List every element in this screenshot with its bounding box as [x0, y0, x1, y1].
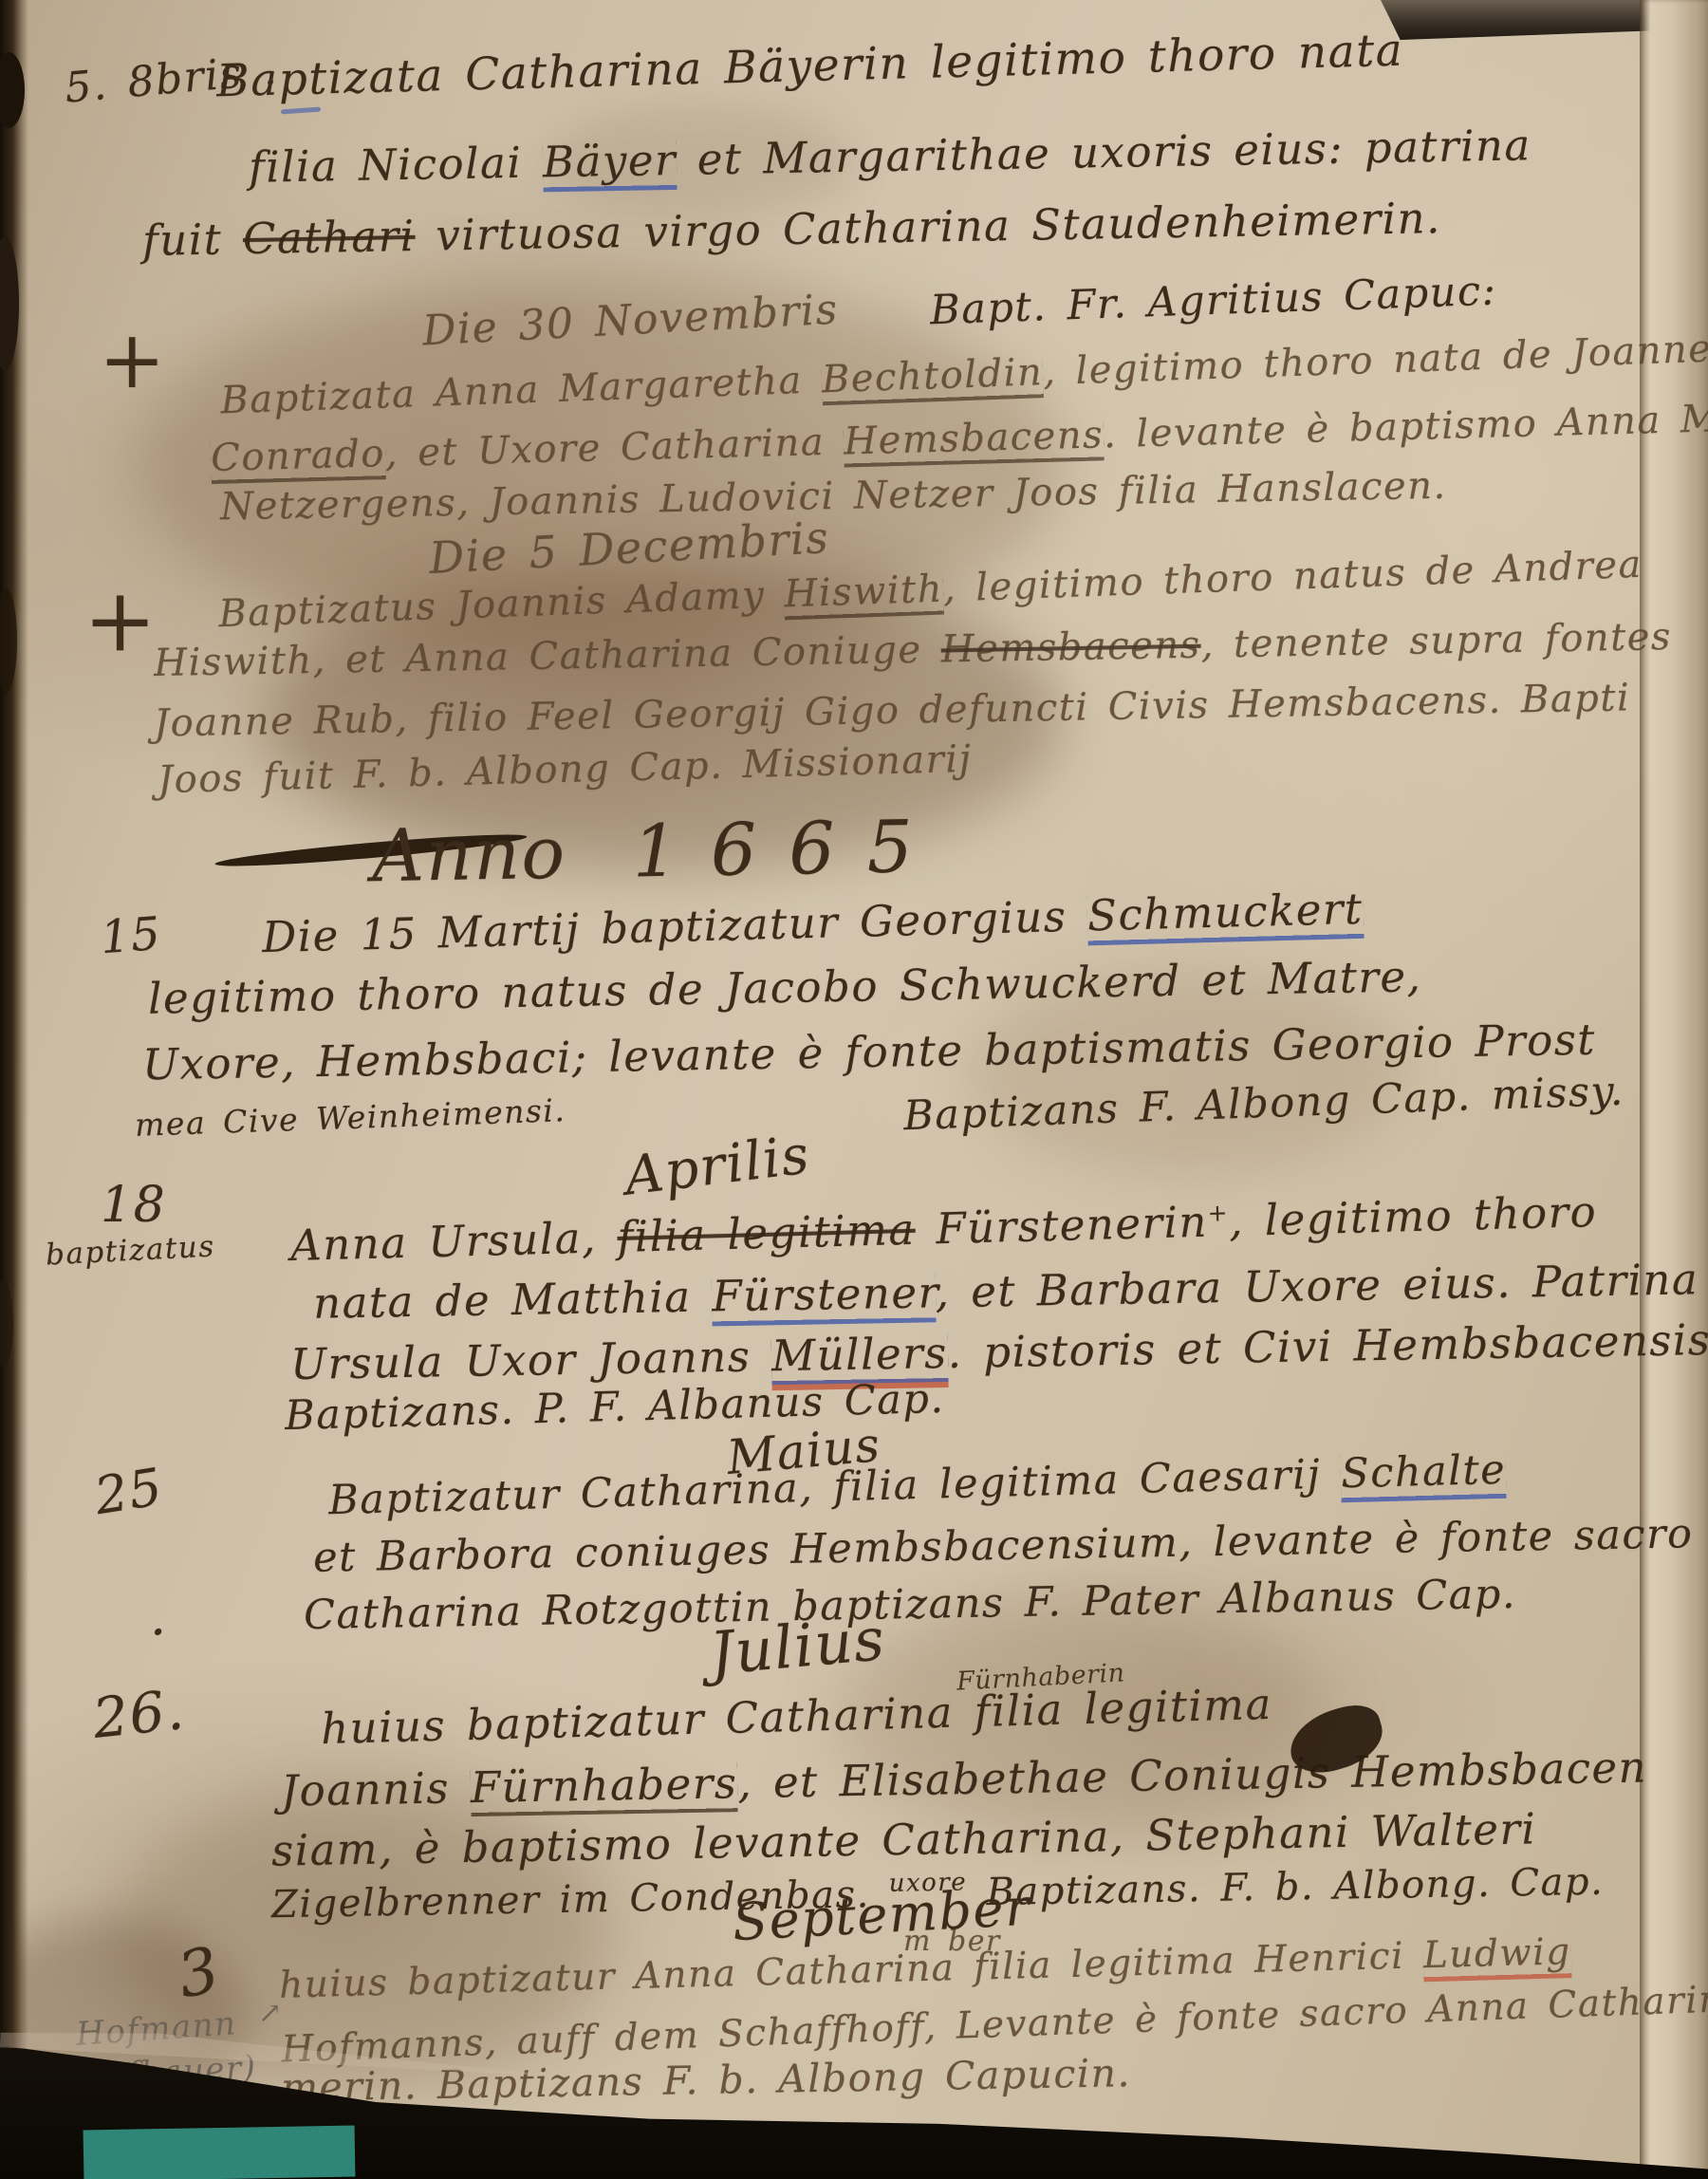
may-line1: Baptizatur Catharina, filia legitima Cae…	[328, 1446, 1507, 1524]
apr-line2-pre: nata de Matthia	[313, 1271, 713, 1328]
mar-line4-right: Baptizans F. Albong Cap. missy.	[902, 1068, 1624, 1140]
jul-line2-post: , et Elisabethae Coniugis Hembsbacen	[737, 1741, 1648, 1808]
margin-day-26: 26.	[90, 1677, 188, 1751]
nov-line2-end: . levante è baptismo Anna Maria	[1103, 395, 1708, 456]
oct-line2-name-underlined: Bäyer	[543, 135, 678, 187]
apr-line1-post: , legitimo thoro	[1228, 1186, 1597, 1246]
blue-tick-mark	[281, 107, 321, 115]
mar-line1-pre: Die 15 Martij baptizatur Georgius	[262, 890, 1088, 962]
month-heading-april: Aprilis	[622, 1124, 813, 1207]
anno-year: 1665	[632, 804, 946, 894]
mar-line4-left: mea Cive Weinheimensi.	[134, 1091, 566, 1144]
margin-day-18: 18	[101, 1177, 166, 1234]
oct-line2: filia Nicolai Bäyer et Margarithae uxori…	[249, 120, 1532, 193]
anno-word: Anno	[371, 810, 566, 899]
oct-line3-post: virtuosa virgo Catharina Staudenheimerin…	[415, 193, 1441, 261]
apr-line1-gap	[915, 1203, 937, 1255]
mar-line2: legitimo thoro natus de Jacobo Schwucker…	[148, 951, 1422, 1023]
apr-line1-pre: Anna Ursula,	[290, 1212, 619, 1271]
oct-line3-struck: Cathari	[243, 211, 416, 264]
may-line3: Catharina Rotzgottin baptizans F. Pater …	[304, 1571, 1517, 1639]
margin-note-baptizatus: baptizatus	[45, 1229, 215, 1272]
apr-line2: nata de Matthia Fürstener, et Barbara Ux…	[313, 1254, 1699, 1328]
oct-line3-pre: fuit	[142, 214, 244, 266]
dec-line2-pre: Hiswith, et Anna Catharina Coniuge	[154, 627, 941, 684]
nov-line1-post: , legitimo thoro nata de Joanne	[1042, 327, 1708, 395]
oct-baptizans: Bapt. Fr. Agritius Capuc:	[929, 268, 1497, 335]
anno-heading: Anno1665	[371, 804, 945, 899]
apr-line3-name-underlined: Müllers	[771, 1328, 948, 1381]
apr-line1: Anna Ursula, filia legitima Fürstenerin+…	[290, 1186, 1598, 1271]
nov-line1-name-underlined: Bechtoldin	[821, 350, 1044, 401]
apr-line1-name: Fürstenerin	[936, 1197, 1209, 1254]
oct-line2-pre: filia Nicolai	[249, 137, 544, 192]
margin-dot-25: .	[150, 1587, 168, 1647]
jul-line1-pre: huius baptizatur Catharina	[320, 1686, 975, 1754]
month-heading-july: Julius	[707, 1604, 888, 1688]
apr-line3: Ursula Uxor Joanns Müllers. pistoris et …	[290, 1314, 1708, 1389]
dec-line1-name-underlined: Hiswith	[784, 568, 944, 617]
oct-line2-post: et Margarithae uxoris eius: patrina	[676, 120, 1532, 185]
apr-line2-name-underlined: Fürstener	[712, 1267, 936, 1321]
cross-december-icon: +	[84, 569, 158, 671]
nov-line2-mid: , et Uxore Catharina	[384, 419, 845, 475]
margin-day-25: 25	[91, 1457, 168, 1526]
oct-line1: Baptizata Catharina Bäyerin legitimo tho…	[215, 25, 1403, 108]
jul-line1-post: filia legitima	[974, 1679, 1272, 1737]
margin-day-15: 15	[99, 907, 163, 964]
apr-line1-cross-mark: +	[1207, 1199, 1229, 1227]
nov-date-heading: Die 30 Novembris	[421, 286, 840, 356]
nov-line2-name-underlined: Conrado	[211, 432, 386, 480]
dec-line2-struck: Hemsbacens	[940, 624, 1201, 672]
apr-line2-post: , et Barbara Uxore eius. Patrina	[935, 1254, 1699, 1317]
mar-line1-name-underlined: Schmuckert	[1086, 884, 1364, 941]
dec-line1-post: , legitimo thoro natus de Andrea	[942, 543, 1643, 611]
margin-day-3: 3	[171, 1932, 227, 2012]
cross-november-icon: +	[99, 313, 167, 406]
dec-line3: Joanne Rub, filio Feel Georgij Gigo defu…	[154, 676, 1631, 745]
nov-line1-pre: Baptizata Anna Margaretha	[220, 358, 823, 422]
apr-line1-struck: filia legitima	[617, 1204, 916, 1262]
dec-line4: Joos fuit F. b. Albong Cap. Missionarij	[158, 737, 974, 802]
jul-line2-name-underlined: Fürnhabers	[470, 1758, 737, 1813]
oct-line3: fuit Cathari virtuosa virgo Catharina St…	[142, 193, 1442, 266]
dec-line2-post: , tenente supra fontes	[1200, 615, 1672, 667]
apr-line3-post: . pistoris et Civi Hembsbacensis	[947, 1314, 1708, 1378]
corner-teal-patch	[84, 2126, 356, 2179]
nov-line2-name2-underlined: Hemsbacens	[844, 413, 1105, 463]
manuscript-page: 5. 8bris . Baptizata Catharina Bäyerin l…	[0, 0, 1708, 2179]
dec-line1-pre: Baptizatus Joannis Adamy	[218, 572, 786, 636]
jul-line1: huius baptizatur Catharina filia legitim…	[320, 1679, 1272, 1754]
may-line1-name-underlined: Schalte	[1341, 1446, 1507, 1499]
jul-line2-pre: Joannis	[281, 1762, 472, 1816]
jul-line4-post: Baptizans. F. b. Albong. Cap.	[967, 1860, 1605, 1915]
sep-line1-name-underlined: Ludwig	[1422, 1930, 1571, 1977]
